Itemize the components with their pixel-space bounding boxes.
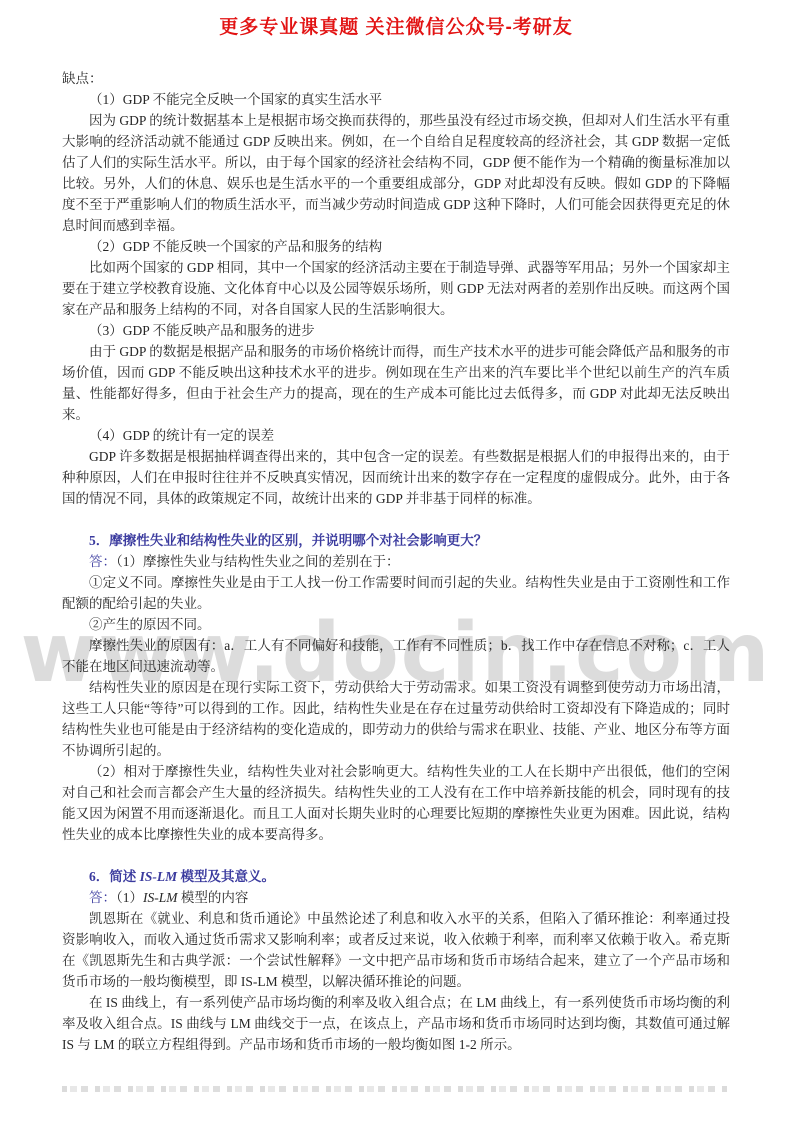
document-page: www.docin.com 更多专业课真题 关注微信公众号-考研友 缺点： （1…: [0, 0, 792, 1122]
gdp-defect-paragraph-2: 比如两个国家的 GDP 相同，其中一个国家的经济活动主要在于制造导弹、武器等军用…: [62, 257, 730, 320]
gdp-defect-heading-3: （3）GDP 不能反映产品和服务的进步: [62, 320, 730, 341]
question-6-answer-line: 答：（1）IS-LM 模型的内容: [62, 887, 730, 908]
answer-label: 答：: [89, 554, 116, 569]
question-5-heading: 5．摩擦性失业和结构性失业的区别，并说明哪个对社会影响更大？: [62, 530, 730, 551]
q6-heading-pre: 6．简述: [89, 869, 140, 884]
page-content: 更多专业课真题 关注微信公众号-考研友 缺点： （1）GDP 不能完全反映一个国…: [62, 14, 730, 1055]
q5-paragraph-structural-causes: 结构性失业的原因是在现行实际工资下，劳动供给大于劳动需求。如果工资没有调整到使劳…: [62, 677, 730, 761]
gdp-defect-paragraph-4: GDP 许多数据是根据抽样调查得出来的，其中包含一定的误差。有些数据是根据人们的…: [62, 446, 730, 509]
q6-answer-intro-model: IS-LM: [143, 890, 178, 905]
gdp-defect-heading-1: （1）GDP 不能完全反映一个国家的真实生活水平: [62, 89, 730, 110]
q6-heading-model: IS-LM: [140, 869, 178, 884]
q5-paragraph-causes-heading: ②产生的原因不同。: [62, 614, 730, 635]
gdp-defect-heading-4: （4）GDP 的统计有一定的误差: [62, 425, 730, 446]
q6-heading-post: 模型及其意义。: [177, 869, 275, 884]
gdp-defect-heading-2: （2）GDP 不能反映一个国家的产品和服务的结构: [62, 236, 730, 257]
answer-label: 答：: [89, 890, 116, 905]
q6-paragraph-islm-origin: 凯恩斯在《就业、利息和货币通论》中虽然论述了利息和收入水平的关系，但陷入了循环推…: [62, 908, 730, 992]
q5-paragraph-definitions: ①定义不同。摩擦性失业是由于工人找一份工作需要时间而引起的失业。结构性失业是由于…: [62, 572, 730, 614]
q6-answer-intro-pre: （1）: [116, 890, 143, 905]
q6-paragraph-islm-curves: 在 IS 曲线上，有一系列使产品市场均衡的利率及收入组合点；在 LM 曲线上，有…: [62, 992, 730, 1055]
promo-header-text: 更多专业课真题 关注微信公众号-考研友: [62, 14, 730, 42]
q6-answer-intro-post: 模型的内容: [178, 890, 249, 905]
question-5-answer-line: 答：（1）摩擦性失业与结构性失业之间的差别在于：: [62, 551, 730, 572]
question-6-heading: 6．简述 IS-LM 模型及其意义。: [62, 866, 730, 887]
footer-blurred-text: [62, 1086, 730, 1092]
gdp-defect-paragraph-3: 由于 GDP 的数据是根据产品和服务的市场价格统计而得，而生产技术水平的进步可能…: [62, 341, 730, 425]
gdp-defect-paragraph-1: 因为 GDP 的统计数据基本上是根据市场交换而获得的，那些虽没有经过市场交换，但…: [62, 110, 730, 236]
q5-answer-intro: （1）摩擦性失业与结构性失业之间的差别在于：: [116, 554, 400, 569]
q5-paragraph-social-impact: （2）相对于摩擦性失业，结构性失业对社会影响更大。结构性失业的工人在长期中产出很…: [62, 761, 730, 845]
q5-paragraph-frictional-causes: 摩擦性失业的原因有：a．工人有不同偏好和技能，工作有不同性质；b．找工作中存在信…: [62, 635, 730, 677]
gdp-defects-intro: 缺点：: [62, 68, 730, 89]
